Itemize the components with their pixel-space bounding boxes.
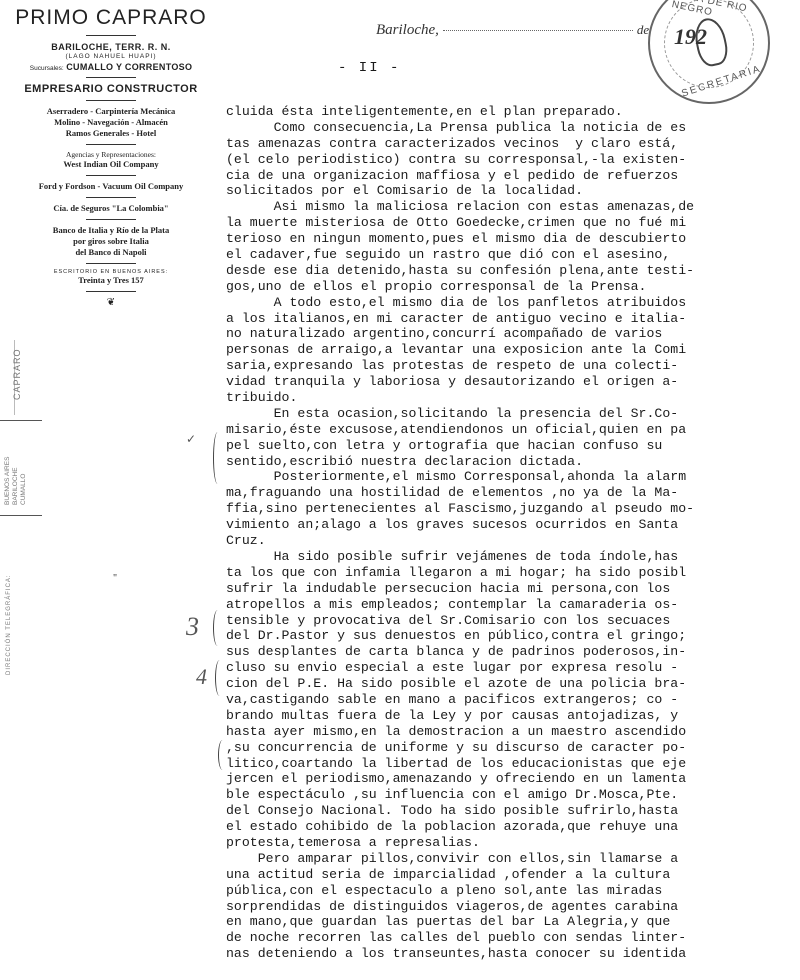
company-name: PRIMO CAPRARO: [0, 6, 222, 30]
divider: [86, 197, 136, 198]
text-line: jercen el periodismo,amenazando y ofreci…: [226, 771, 800, 787]
text-line: solicitados por el Comisario de la local…: [226, 183, 800, 199]
branches: Sucursales: CUMALLO Y CORRENTOSO: [0, 62, 222, 72]
text-line: no naturalizado argentino,concurrí acomp…: [226, 326, 800, 342]
company-location: BARILOCHE, TERR. R. N.: [0, 42, 222, 52]
dateline: Bariloche,de: [376, 22, 676, 39]
date-blank: [443, 30, 633, 31]
text-line: En esta ocasion,solicitando la presencia…: [226, 406, 800, 422]
text-line: vimiento an;alago a los graves sucesos o…: [226, 517, 800, 533]
letter-body: cluida ésta inteligentemente,en el plan …: [226, 104, 800, 962]
text-line: saria,expresando las protestas de respet…: [226, 358, 800, 374]
vertical-addresses: BUENOS AIRES BARILOCHE CUMALLO: [4, 457, 28, 505]
company-location-sub: (LAGO NAHUEL HUAPI): [0, 53, 222, 60]
divider: [86, 35, 136, 36]
text-line: el cadaver,fue seguido un rastro que dió…: [226, 247, 800, 263]
text-line: ffia,sino pertenecientes al Fascismo,juz…: [226, 501, 800, 517]
margin-tick: ✓: [186, 432, 196, 447]
text-line: de noche recorren las calles del pueblo …: [226, 930, 800, 946]
branches-value: CUMALLO Y CORRENTOSO: [66, 62, 192, 72]
text-line: va,castigando sable en mano a pacificos …: [226, 692, 800, 708]
text-line: en mano,que guardan las puertas del bar …: [226, 914, 800, 930]
handwritten-year: 192: [674, 24, 707, 50]
text-line: Asi mismo la maliciosa relacion con esta…: [226, 199, 800, 215]
vertical-address: BUENOS AIRES: [4, 457, 12, 505]
text-line: protesta,temerosa a represalias.: [226, 835, 800, 851]
margin-bracket: [213, 432, 222, 484]
text-line: atropellos a mis empleados; contemplar l…: [226, 597, 800, 613]
text-line: sorprendidas de distinguidos viageros,de…: [226, 899, 800, 915]
text-line: hasta ayer mismo,en la demostracion a un…: [226, 724, 800, 740]
letterhead: PRIMO CAPRARO BARILOCHE, TERR. R. N. (LA…: [0, 0, 222, 308]
text-line: Como consecuencia,La Prensa publica la n…: [226, 120, 800, 136]
branches-label: Sucursales:: [30, 65, 64, 72]
margin-bracket: [213, 610, 222, 646]
vertical-strip: CAPRARO BUENOS AIRES BARILOCHE CUMALLO D…: [0, 340, 45, 720]
dateline-place: Bariloche,: [376, 22, 439, 38]
dateline-de: de: [637, 22, 649, 37]
text-line: (el celo periodistico) contra su corresp…: [226, 152, 800, 168]
text-line: tas amenazas contra caracterizados vecin…: [226, 136, 800, 152]
text-line: cluso su envio especial a este lugar por…: [226, 660, 800, 676]
vertical-telegraph: DIRECCIÓN TELEGRÁFICA:: [6, 574, 12, 675]
insurance: Cía. de Seguros "La Colombia": [0, 203, 222, 214]
text-line: ta los que con infamia llegaron a mi hog…: [226, 565, 800, 581]
services: Aserradero - Carpintería Mecánica Molino…: [0, 106, 222, 139]
vertical-address: BARILOCHE: [12, 457, 20, 505]
agency-1: West Indian Oil Company: [0, 159, 222, 170]
bank-line: por giros sobre Italia: [0, 236, 222, 247]
text-line: A todo esto,el mismo dia de los panfleto…: [226, 295, 800, 311]
text-line: una actitud seria de imparcialidad ,ofen…: [226, 867, 800, 883]
vertical-address: CUMALLO: [20, 457, 28, 505]
text-line: el estado cohibido de la poblacion azora…: [226, 819, 800, 835]
divider: [86, 219, 136, 220]
bank-line: del Banco di Napoli: [0, 247, 222, 258]
margin-number-4: 4: [196, 664, 207, 690]
text-line: Cruz.: [226, 533, 800, 549]
agency-2: Ford y Fordson - Vacuum Oil Company: [0, 181, 222, 192]
bank-line: Banco de Italia y Río de la Plata: [0, 225, 222, 236]
divider: [86, 291, 136, 292]
ornament-icon: ❦: [0, 297, 222, 308]
text-line: nas deteniendo a los transeuntes,hasta c…: [226, 946, 800, 962]
text-line: sus desplantes de carta blanca y de padr…: [226, 644, 800, 660]
divider: [86, 100, 136, 101]
text-line: tensible y provocativa del Sr.Comisario …: [226, 613, 800, 629]
text-line: Pero amparar pillos,convivir con ellos,s…: [226, 851, 800, 867]
margin-number-3: 3: [186, 612, 199, 642]
strip-divider: [0, 515, 42, 516]
text-line: la muerte misteriosa de Otto Goedecke,cr…: [226, 215, 800, 231]
text-line: sentido,escribió nuestra declaracion dic…: [226, 454, 800, 470]
text-line: terioso en ningun momento,pues el mismo …: [226, 231, 800, 247]
text-line: pel suelto,con letra y ortografia que ha…: [226, 438, 800, 454]
text-line: pública,con el espectaculo a pleno sol,a…: [226, 883, 800, 899]
vertical-brand: CAPRARO: [12, 348, 22, 400]
text-line: misario,éste excusose,atendiendonos un o…: [226, 422, 800, 438]
text-line: sufrir la indudable persecucion hacia mi…: [226, 581, 800, 597]
service-line: Molino - Navegación - Almacén: [0, 117, 222, 128]
official-stamp: ...CIA DE RIO NEGRO 192 SECRETARIA: [648, 0, 770, 104]
text-line: ble espectáculo ,su influencia con el am…: [226, 787, 800, 803]
office-address: Treinta y Tres 157: [0, 275, 222, 286]
company-role: EMPRESARIO CONSTRUCTOR: [0, 83, 222, 95]
text-line: personas de arraigo,a levantar una expos…: [226, 342, 800, 358]
bank: Banco de Italia y Río de la Plata por gi…: [0, 225, 222, 258]
text-line: brando multas fuera de la Ley y por caus…: [226, 708, 800, 724]
text-line: ,su concurrencia de uniforme y su discur…: [226, 740, 800, 756]
text-line: a los italianos,en mi caracter de antigu…: [226, 311, 800, 327]
margin-bracket: [218, 740, 227, 770]
text-line: cluida ésta inteligentemente,en el plan …: [226, 104, 800, 120]
page-number: - II -: [338, 60, 400, 76]
text-line: del Consejo Nacional. Todo ha sido posib…: [226, 803, 800, 819]
service-line: Ramos Generales - Hotel: [0, 128, 222, 139]
text-line: Ha sido posible sufrir vejámenes de toda…: [226, 549, 800, 565]
divider: [86, 77, 136, 78]
text-line: ma,fraguando una hostilidad de elementos…: [226, 485, 800, 501]
margin-mark: ": [113, 573, 117, 584]
agencies-label: Agencias y Representaciones:: [0, 150, 222, 159]
text-line: litico,coartando la libertad de los educ…: [226, 756, 800, 772]
text-line: del Dr.Pastor y sus denuestos en público…: [226, 628, 800, 644]
text-line: Posteriormente,el mismo Corresponsal,aho…: [226, 469, 800, 485]
divider: [86, 263, 136, 264]
text-line: cia de una organizacion maffiosa y el pe…: [226, 168, 800, 184]
text-line: vidad tranquila y laboriosa y desautoriz…: [226, 374, 800, 390]
divider: [86, 144, 136, 145]
strip-divider: [0, 420, 42, 421]
text-line: cion del P.E. Ha sido posible el azote d…: [226, 676, 800, 692]
text-line: tribuido.: [226, 390, 800, 406]
text-line: gos,uno de ellos el propio corresponsal …: [226, 279, 800, 295]
service-line: Aserradero - Carpintería Mecánica: [0, 106, 222, 117]
margin-bracket: [215, 660, 224, 696]
text-line: desde ese dia detenido,hasta su confesió…: [226, 263, 800, 279]
divider: [86, 175, 136, 176]
